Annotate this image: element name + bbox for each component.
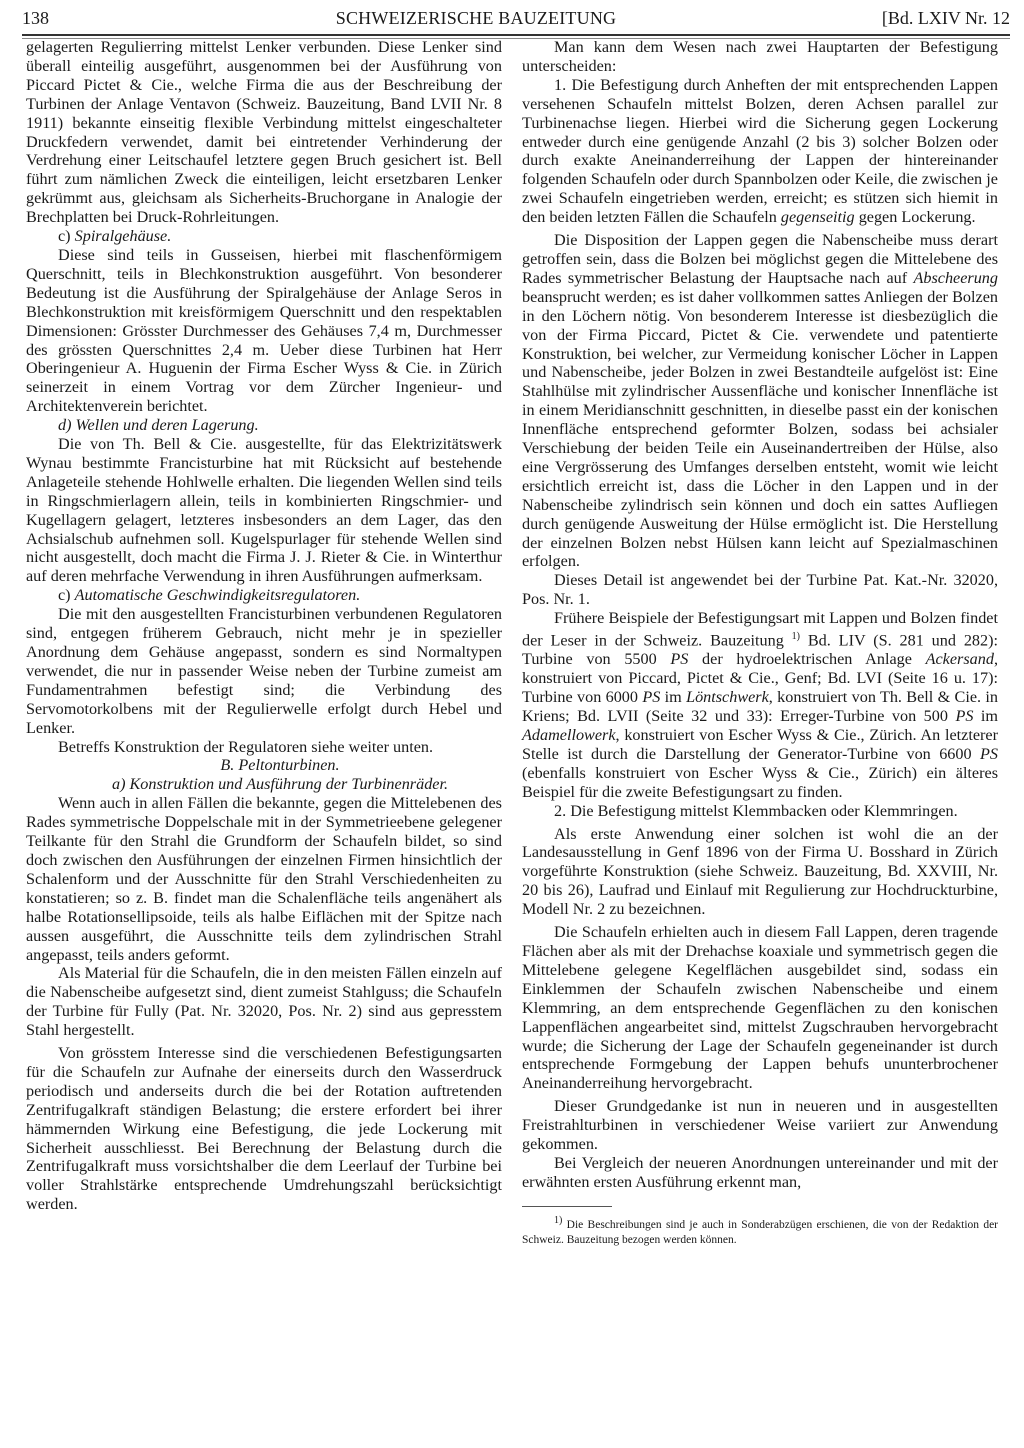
emphasis: Abscheerung [913,269,998,287]
paragraph: Bei Vergleich der neueren Anordnungen un… [522,1154,998,1192]
paragraph: Die von Th. Bell & Cie. ausgestellte, fü… [26,435,502,586]
subheading-spiralgehaeuse: c) Spiralgehäuse. [26,227,502,246]
paragraph: Von grösstem Interesse sind die verschie… [26,1044,502,1214]
subheading-regulatoren: c) Automatische Geschwindigkeitsregulato… [26,586,502,605]
paragraph: Man kann dem Wesen nach zwei Hauptarten … [522,38,998,76]
paragraph: Wenn auch in allen Fällen die bekannte, … [26,794,502,964]
right-column: Man kann dem Wesen nach zwei Hauptarten … [522,38,998,1248]
footnote-reference[interactable]: 1) [792,631,800,642]
paragraph: Als erste Anwendung einer solchen ist wo… [522,825,998,920]
volume-issue: [Bd. LXIV Nr. 12 [850,8,1010,29]
journal-title: SCHWEIZERISCHE BAUZEITUNG [102,8,850,29]
left-column: gelagerten Regulierring mittelst Lenker … [26,38,502,1214]
subheading-wellen: d) Wellen und deren Lagerung. [26,416,502,435]
emphasis: gegenseitig [781,208,855,226]
subheading-label: d) [58,416,71,434]
paragraph: 1. Die Befestigung durch Anheften der mi… [522,76,998,227]
footnote-rule [522,1206,612,1207]
paragraph: Die Disposition der Lappen gegen die Nab… [522,231,998,571]
section-subtitle: a) Konstruktion und Ausführung der Turbi… [26,775,502,794]
running-header: 138 SCHWEIZERISCHE BAUZEITUNG [Bd. LXIV … [22,8,1010,32]
paragraph: gelagerten Regulierring mittelst Lenker … [26,38,502,227]
subheading-title: Automatische Geschwindigkeitsregulatoren… [75,586,361,604]
paragraph: Die mit den ausgestellten Francisturbine… [26,605,502,737]
subheading-label: c) [58,227,71,245]
footnote: 1) Die Beschreibungen sind je auch in So… [522,1213,998,1248]
paragraph: Betreffs Konstruktion der Regulatoren si… [26,738,502,757]
subheading-title: Wellen und deren Lagerung. [76,416,259,434]
subheading-title: Spiralgehäuse. [75,227,172,245]
paragraph: Als Material für die Schaufeln, die in d… [26,964,502,1040]
section-title: B. Peltonturbinen. [26,756,502,775]
page-number: 138 [22,8,102,29]
paragraph: Diese sind teils in Gusseisen, hierbei m… [26,246,502,416]
paragraph: Dieser Grundgedanke ist nun in neueren u… [522,1097,998,1154]
paragraph: Die Schaufeln erhielten auch in diesem F… [522,923,998,1093]
paragraph: Frühere Beispiele der Befestigungsart mi… [522,609,998,801]
subheading-label: c) [58,586,71,604]
paragraph: 2. Die Befestigung mittelst Klemmbacken … [522,802,998,821]
paragraph: Dieses Detail ist angewendet bei der Tur… [522,571,998,609]
